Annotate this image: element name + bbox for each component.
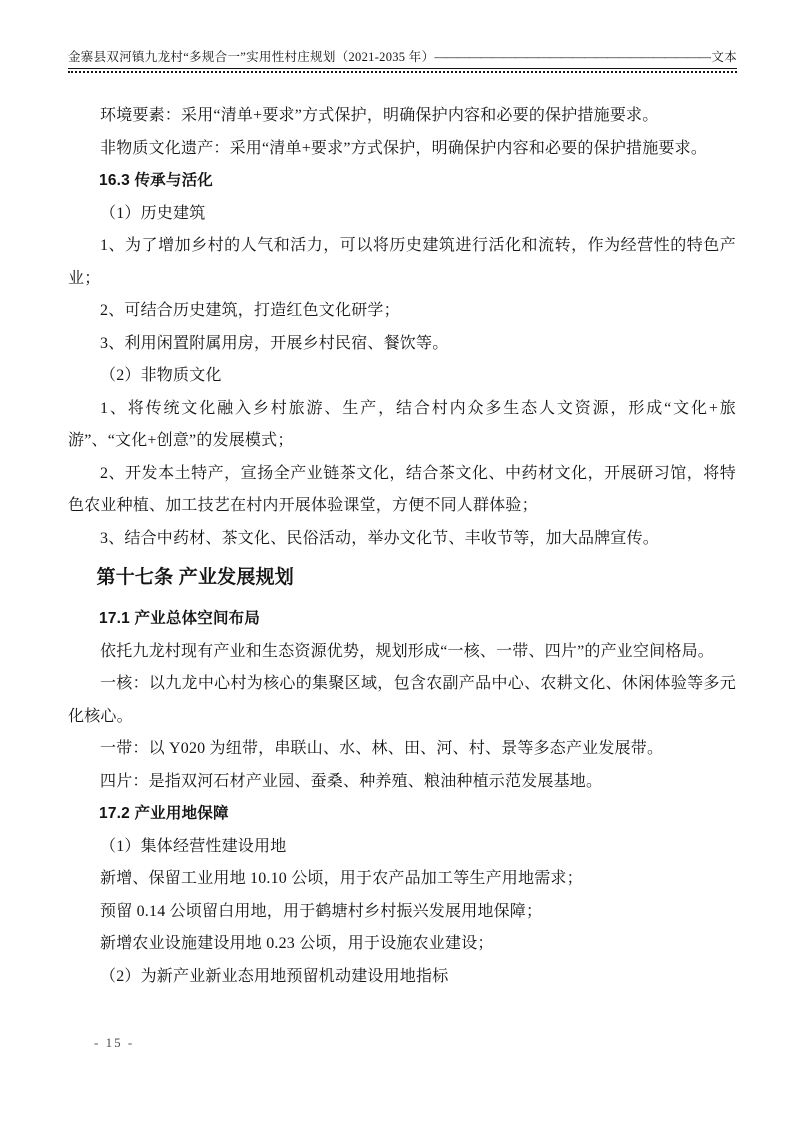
paragraph: 新增、保留工业用地 10.10 公顷，用于农产品加工等生产用地需求；: [68, 863, 736, 896]
page-header: 金寨县双河镇九龙村“多规合一”实用性村庄规划（2021-2035 年） ————…: [68, 48, 737, 73]
page-header-line: 金寨县双河镇九龙村“多规合一”实用性村庄规划（2021-2035 年） ————…: [68, 48, 737, 69]
header-rule: [68, 71, 737, 73]
paragraph: （2）非物质文化: [68, 360, 736, 393]
paragraph: （2）为新产业新业态用地预留机动建设用地指标: [68, 961, 736, 994]
header-doc-type-label: 文本: [711, 48, 737, 66]
paragraph: 一核：以九龙中心村为核心的集聚区域，包含农副产品中心、农耕文化、休闲体验等多元化…: [68, 668, 736, 733]
paragraph: （1）集体经营性建设用地: [68, 831, 736, 864]
paragraph: 3、利用闲置附属用房，开展乡村民宿、餐饮等。: [68, 328, 736, 361]
paragraph: 1、为了增加乡村的人气和活力，可以将历史建筑进行活化和流转，作为经营性的特色产业…: [68, 230, 736, 295]
document-page: 金寨县双河镇九龙村“多规合一”实用性村庄规划（2021-2035 年） ————…: [0, 0, 793, 1122]
paragraph: 环境要素：采用“清单+要求”方式保护，明确保护内容和必要的保护措施要求。: [68, 100, 736, 133]
paragraph: 2、可结合历史建筑，打造红色文化研学；: [68, 295, 736, 328]
paragraph: 四片：是指双河石材产业园、蚕桑、种养殖、粮油种植示范发展基地。: [68, 766, 736, 799]
paragraph: 一带：以 Y020 为纽带，串联山、水、林、田、河、村、景等多态产业发展带。: [68, 733, 736, 766]
paragraph: 预留 0.14 公顷留白用地，用于鹤塘村乡村振兴发展用地保障；: [68, 896, 736, 929]
section-heading: 第十七条 产业发展规划: [68, 561, 736, 595]
header-dash-filler: ——————————————————————————: [434, 48, 711, 66]
paragraph: 3、结合中药材、茶文化、民俗活动，举办文化节、丰收节等，加大品牌宣传。: [68, 523, 736, 556]
subsection-heading: 17.2 产业用地保障: [68, 798, 736, 831]
paragraph: 依托九龙村现有产业和生态资源优势，规划形成“一核、一带、四片”的产业空间格局。: [68, 636, 736, 669]
paragraph: （1）历史建筑: [68, 198, 736, 231]
page-number: - 15 -: [94, 1035, 134, 1051]
paragraph: 1、将传统文化融入乡村旅游、生产，结合村内众多生态人文资源，形成“文化+旅游”、…: [68, 393, 736, 458]
paragraph: 2、开发本土特产，宣扬全产业链茶文化，结合茶文化、中药材文化，开展研习馆，将特色…: [68, 458, 736, 523]
paragraph: 新增农业设施建设用地 0.23 公顷，用于设施农业建设；: [68, 928, 736, 961]
document-body: 环境要素：采用“清单+要求”方式保护，明确保护内容和必要的保护措施要求。非物质文…: [68, 100, 736, 993]
subsection-heading: 16.3 传承与活化: [68, 165, 736, 198]
document-title: 金寨县双河镇九龙村“多规合一”实用性村庄规划（2021-2035 年）: [68, 48, 434, 66]
paragraph: 非物质文化遗产：采用“清单+要求”方式保护，明确保护内容和必要的保护措施要求。: [68, 133, 736, 166]
subsection-heading: 17.1 产业总体空间布局: [68, 603, 736, 636]
